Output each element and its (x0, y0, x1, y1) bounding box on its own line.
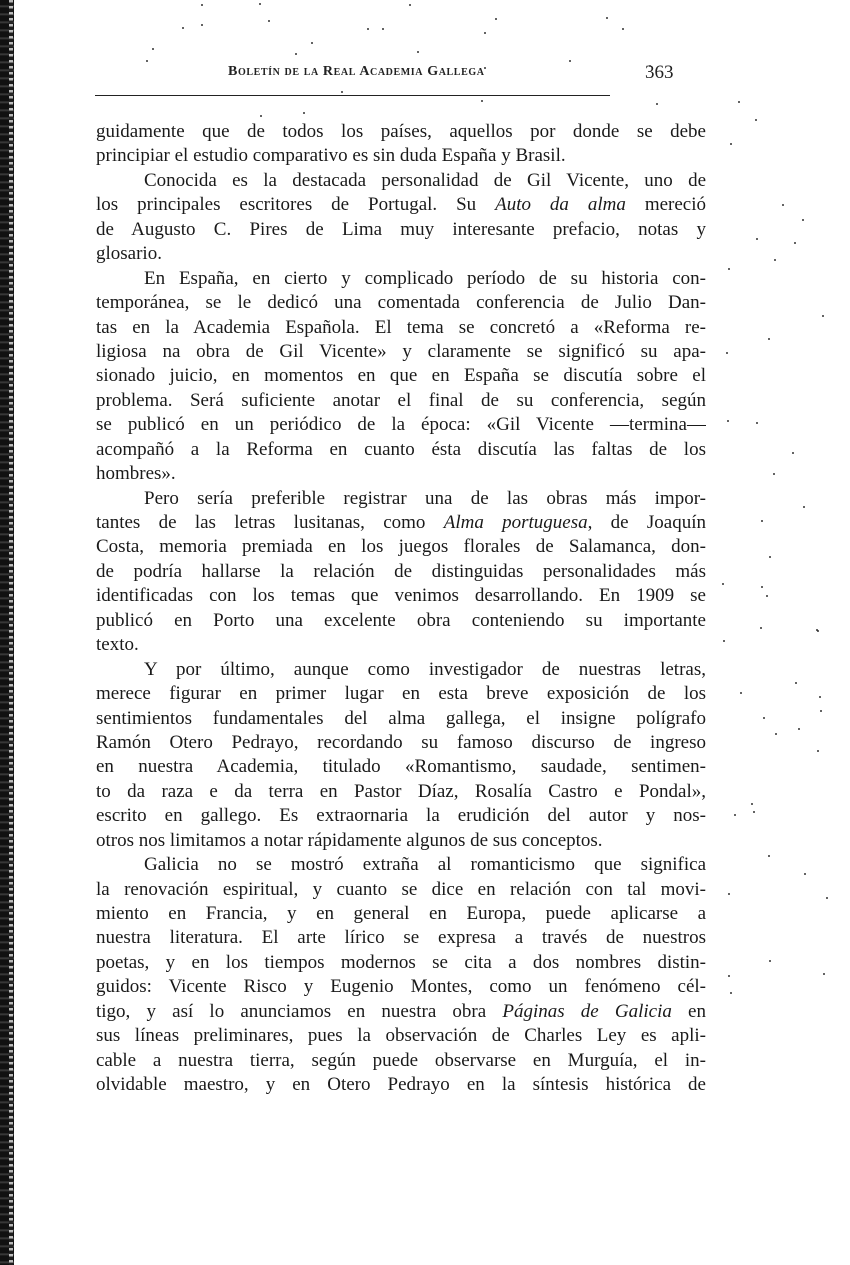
scan-speck (728, 268, 730, 270)
scan-speck (756, 422, 758, 424)
scan-speck (481, 100, 483, 102)
text-line: los principales escritores de Portugal. … (96, 193, 706, 217)
scan-speck (794, 242, 796, 244)
scan-speck (822, 315, 824, 317)
scan-speck (792, 452, 794, 454)
scan-speck (417, 51, 419, 53)
scan-speck (728, 975, 730, 977)
scan-speck (819, 696, 821, 698)
scan-speck (817, 750, 819, 752)
text-line: otros nos limitamos a notar rápidamente … (96, 829, 706, 853)
scan-speck (751, 803, 753, 805)
text-line: guidos: Vicente Risco y Eugenio Montes, … (96, 975, 706, 999)
scan-speck (367, 28, 369, 30)
header-rule (95, 95, 610, 96)
text-line: sionado juicio, en momentos en que en Es… (96, 364, 706, 388)
text-line: Y por último, aunque como investigador d… (96, 658, 706, 682)
scan-speck (730, 992, 732, 994)
scan-speck (295, 53, 297, 55)
text-line: nuestra literatura. El arte lírico se ex… (96, 926, 706, 950)
text-line: miento en Francia, y en general en Europ… (96, 902, 706, 926)
scan-speck (606, 17, 608, 19)
scan-speck (798, 728, 800, 730)
text-line: Pero sería preferible registrar una de l… (96, 487, 706, 511)
scan-speck (761, 586, 763, 588)
scan-speck (341, 91, 343, 93)
scan-speck (760, 627, 762, 629)
scan-speck (260, 115, 262, 117)
scan-speck (769, 960, 771, 962)
text-line: se publicó en un periódico de la época: … (96, 413, 706, 437)
text-line: texto. (96, 633, 706, 657)
text-line: guidamente que de todos los países, aque… (96, 120, 706, 144)
scan-speck (303, 112, 305, 114)
text-line: temporánea, se le dedicó una comentada c… (96, 291, 706, 315)
text-line: de podría hallarse la relación de distin… (96, 560, 706, 584)
scan-speck (817, 630, 819, 632)
scan-speck (756, 238, 758, 240)
text-line: hombres». (96, 462, 706, 486)
scan-speck (816, 629, 818, 631)
scan-speck (146, 60, 148, 62)
scan-speck (409, 4, 411, 6)
scan-speck (826, 897, 828, 899)
text-line: tas en la Academia Española. El tema se … (96, 316, 706, 340)
scan-speck (734, 814, 736, 816)
scan-speck (773, 473, 775, 475)
scan-speck (727, 420, 729, 422)
scan-speck (728, 893, 730, 895)
scan-speck (761, 520, 763, 522)
scan-speck (152, 48, 154, 50)
scan-speck (768, 338, 770, 340)
text-line: glosario. (96, 242, 706, 266)
scan-speck (755, 119, 757, 121)
scan-speck (569, 60, 571, 62)
scan-speck (753, 811, 755, 813)
text-line: principiar el estudio comparativo es sin… (96, 144, 706, 168)
text-line: tantes de las letras lusitanas, como Alm… (96, 511, 706, 535)
text-line: escrito en gallego. Es extraornaria la e… (96, 804, 706, 828)
scan-speck (656, 103, 658, 105)
text-line: tigo, y así lo anunciamos en nuestra obr… (96, 1000, 706, 1024)
scan-speck (795, 682, 797, 684)
scan-speck (382, 28, 384, 30)
text-line: acompañó a la Reforma en cuanto ésta dis… (96, 438, 706, 462)
scan-speck (268, 20, 270, 22)
text-line: problema. Será suficiente anotar el fina… (96, 389, 706, 413)
scan-binding-edge (0, 0, 14, 1265)
text-line: Ramón Otero Pedrayo, recordando su famos… (96, 731, 706, 755)
scan-speck (201, 24, 203, 26)
text-line: la renovación espiritual, y cuanto se di… (96, 878, 706, 902)
scan-speck (622, 28, 624, 30)
scan-speck (803, 506, 805, 508)
scan-speck (774, 259, 776, 261)
scan-speck (766, 595, 768, 597)
scan-speck (722, 583, 724, 585)
text-line: sentimientos fundamentales del alma gall… (96, 707, 706, 731)
scan-speck (259, 3, 261, 5)
scan-speck (730, 143, 732, 145)
running-head: Boletín de la Real Academia Gallega (228, 64, 485, 80)
text-line: merece figurar en primer lugar en esta b… (96, 682, 706, 706)
text-line: En España, en cierto y complicado períod… (96, 267, 706, 291)
scan-speck (738, 101, 740, 103)
text-line: Costa, memoria premiada en los juegos fl… (96, 535, 706, 559)
scan-speck (769, 556, 771, 558)
scan-speck (768, 855, 770, 857)
scan-speck (740, 692, 742, 694)
text-line: poetas, y en los tiempos modernos se cit… (96, 951, 706, 975)
page-number: 363 (645, 62, 674, 84)
text-line: en nuestra Academia, titulado «Romantism… (96, 755, 706, 779)
scan-speck (723, 640, 725, 642)
scan-speck (802, 219, 804, 221)
scan-speck (726, 352, 728, 354)
text-line: identificadas con los temas que venimos … (96, 584, 706, 608)
scan-speck (763, 717, 765, 719)
text-line: de Augusto C. Pires de Lima muy interesa… (96, 218, 706, 242)
scan-speck (775, 733, 777, 735)
text-line: olvidable maestro, y en Otero Pedrayo en… (96, 1073, 706, 1097)
scan-speck (201, 4, 203, 6)
text-line: sus líneas preliminares, pues la observa… (96, 1024, 706, 1048)
text-line: publicó en Porto una excelente obra cont… (96, 609, 706, 633)
body-text: guidamente que de todos los países, aque… (96, 120, 706, 1098)
scan-speck (484, 32, 486, 34)
text-line: cable a nuestra tierra, según puede obse… (96, 1049, 706, 1073)
scan-speck (495, 18, 497, 20)
scan-speck (311, 42, 313, 44)
text-line: Galicia no se mostró extraña al romantic… (96, 853, 706, 877)
scan-speck (804, 873, 806, 875)
scan-speck (182, 27, 184, 29)
scan-speck (823, 973, 825, 975)
text-line: Conocida es la destacada personalidad de… (96, 169, 706, 193)
text-line: ligiosa na obra de Gil Vicente» y claram… (96, 340, 706, 364)
text-line: to da raza e da terra en Pastor Díaz, Ro… (96, 780, 706, 804)
scan-speck (820, 710, 822, 712)
scan-speck (782, 204, 784, 206)
